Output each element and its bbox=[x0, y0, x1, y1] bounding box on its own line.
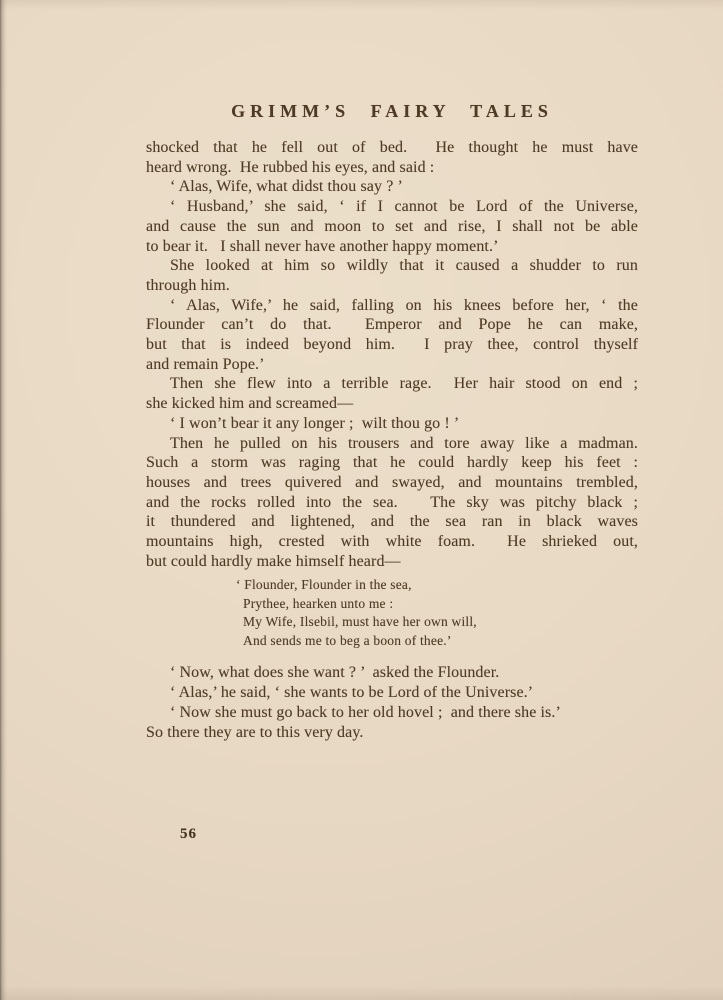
text-line: heard wrong. He rubbed his eyes, and sai… bbox=[146, 158, 638, 178]
closing-paragraphs: ‘ Now, what does she want ? ’ asked the … bbox=[146, 663, 638, 742]
text-line: Such a storm was raging that he could ha… bbox=[146, 453, 638, 473]
text-line: ‘ Husband,’ she said, ‘ if I cannot be L… bbox=[146, 197, 638, 217]
text-line: Flounder can’t do that. Emperor and Pope… bbox=[146, 315, 638, 335]
verse-block: ‘ Flounder, Flounder in the sea,Prythee,… bbox=[146, 576, 638, 650]
text-line: but that is indeed beyond him. I pray th… bbox=[146, 335, 638, 355]
text-line: and the rocks rolled into the sea. The s… bbox=[146, 493, 638, 513]
text-line: ‘ Alas, Wife,’ he said, falling on his k… bbox=[146, 296, 638, 316]
text-line: ‘ Alas, Wife, what didst thou say ? ’ bbox=[146, 177, 638, 197]
text-line: And sends me to beg a boon of thee.’ bbox=[243, 632, 638, 651]
text-line: ‘ Alas,’ he said, ‘ she wants to be Lord… bbox=[146, 683, 638, 703]
text-line: Then he pulled on his trousers and tore … bbox=[146, 434, 638, 454]
text-line: she kicked him and screamed— bbox=[146, 394, 638, 414]
text-line: ‘ I won’t bear it any longer ; wilt thou… bbox=[146, 414, 638, 434]
text-line: She looked at him so wildly that it caus… bbox=[146, 256, 638, 276]
text-line: Prythee, hearken unto me : bbox=[243, 595, 638, 614]
text-line: through him. bbox=[146, 276, 638, 296]
page-number: 56 bbox=[180, 826, 197, 843]
text-line: ‘ Now, what does she want ? ’ asked the … bbox=[146, 663, 638, 683]
text-column: shocked that he fell out of bed. He thou… bbox=[146, 138, 638, 742]
text-line: Then she flew into a terrible rage. Her … bbox=[146, 374, 638, 394]
text-line: but could hardly make himself heard— bbox=[146, 552, 638, 572]
text-line: it thundered and lightened, and the sea … bbox=[146, 512, 638, 532]
book-page: GRIMM’S FAIRY TALES shocked that he fell… bbox=[0, 0, 723, 1000]
text-line: My Wife, Ilsebil, must have her own will… bbox=[243, 613, 638, 632]
running-header: GRIMM’S FAIRY TALES bbox=[146, 101, 638, 122]
text-line: to bear it. I shall never have another h… bbox=[146, 237, 638, 257]
text-line: and remain Pope.’ bbox=[146, 355, 638, 375]
text-line: houses and trees quivered and swayed, an… bbox=[146, 473, 638, 493]
text-line: mountains high, crested with white foam.… bbox=[146, 532, 638, 552]
text-line: ‘ Flounder, Flounder in the sea, bbox=[236, 576, 638, 595]
text-line: ‘ Now she must go back to her old hovel … bbox=[146, 703, 638, 723]
text-line: shocked that he fell out of bed. He thou… bbox=[146, 138, 638, 158]
text-line: and cause the sun and moon to set and ri… bbox=[146, 217, 638, 237]
scan-edge-left bbox=[0, 0, 7, 1000]
text-line: So there they are to this very day. bbox=[146, 723, 638, 743]
body-paragraphs: shocked that he fell out of bed. He thou… bbox=[146, 138, 638, 571]
